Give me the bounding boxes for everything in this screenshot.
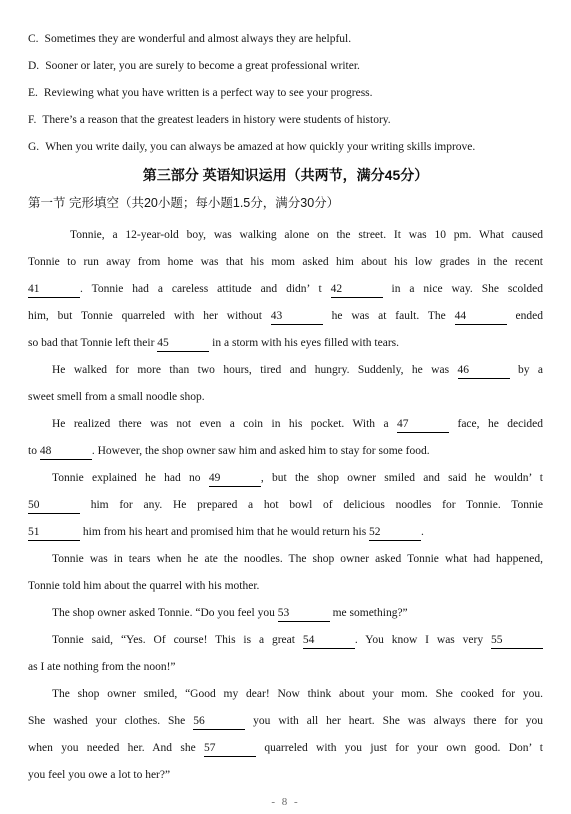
passage-line: him, but Tonnie quarreled with her witho… xyxy=(28,303,543,330)
part-heading: 第三部分 英语知识运用（共两节，满分45分） xyxy=(28,161,543,189)
option-text: Reviewing what you have written is a per… xyxy=(44,87,373,99)
blank-51: 51 xyxy=(28,525,80,541)
passage-line: Tonnie was in tears when he ate the nood… xyxy=(28,546,543,573)
passage-line: Tonnie said, “Yes. Of course! This is a … xyxy=(28,627,543,654)
blank-55: 55 xyxy=(491,633,543,649)
option-text: There’s a reason that the greatest leade… xyxy=(42,114,390,126)
passage-line: so bad that Tonnie left their 45 in a st… xyxy=(28,330,543,357)
blank-46: 46 xyxy=(458,363,510,379)
page-number: - 8 - xyxy=(28,789,543,814)
option-item-f: F.There’s a reason that the greatest lea… xyxy=(28,107,543,134)
blank-53: 53 xyxy=(278,606,330,622)
exam-document-page: C.Sometimes they are wonderful and almos… xyxy=(0,0,571,814)
passage-line: He realized there was not even a coin in… xyxy=(28,411,543,438)
option-label: E. xyxy=(28,80,38,107)
passage-line: Tonnie told him about the quarrel with h… xyxy=(28,573,543,600)
passage-line: Tonnie to run away from home was that hi… xyxy=(28,249,543,276)
option-label: C. xyxy=(28,26,39,53)
option-item-e: E.Reviewing what you have written is a p… xyxy=(28,80,543,107)
option-item-d: D.Sooner or later, you are surely to bec… xyxy=(28,53,543,80)
options-list: C.Sometimes they are wonderful and almos… xyxy=(28,26,543,161)
passage-line: you feel you owe a lot to her?” xyxy=(28,762,543,789)
blank-47: 47 xyxy=(397,417,449,433)
blank-54: 54 xyxy=(303,633,355,649)
blank-48: 48 xyxy=(40,444,92,460)
blank-45: 45 xyxy=(157,336,209,352)
passage-line: to 48. However, the shop owner saw him a… xyxy=(28,438,543,465)
passage-line: He walked for more than two hours, tired… xyxy=(28,357,543,384)
option-text: When you write daily, you can always be … xyxy=(45,141,475,153)
section-heading: 第一节 完形填空（共20小题；每小题1.5分，满分30分） xyxy=(28,189,543,217)
passage-line: Tonnie explained he had no 49, but the s… xyxy=(28,465,543,492)
passage-line: 50 him for any. He prepared a hot bowl o… xyxy=(28,492,543,519)
blank-50: 50 xyxy=(28,498,80,514)
passage-line: 51 him from his heart and promised him t… xyxy=(28,519,543,546)
option-label: D. xyxy=(28,53,39,80)
passage-line: The shop owner asked Tonnie. “Do you fee… xyxy=(28,600,543,627)
option-text: Sometimes they are wonderful and almost … xyxy=(45,33,352,45)
blank-43: 43 xyxy=(271,309,323,325)
passage-line: sweet smell from a small noodle shop. xyxy=(28,384,543,411)
blank-44: 44 xyxy=(455,309,507,325)
option-item-c: C.Sometimes they are wonderful and almos… xyxy=(28,26,543,53)
blank-57: 57 xyxy=(204,741,256,757)
passage-line: as I ate nothing from the noon!” xyxy=(28,654,543,681)
option-label: F. xyxy=(28,107,36,134)
option-item-g: G.When you write daily, you can always b… xyxy=(28,134,543,161)
passage-line: 41. Tonnie had a careless attitude and d… xyxy=(28,276,543,303)
blank-41: 41 xyxy=(28,282,80,298)
blank-56: 56 xyxy=(193,714,245,730)
blank-42: 42 xyxy=(331,282,383,298)
option-label: G. xyxy=(28,134,39,161)
passage-line: She washed your clothes. She 56 you with… xyxy=(28,708,543,735)
option-text: Sooner or later, you are surely to becom… xyxy=(45,60,360,72)
passage-line: Tonnie, a 12-year-old boy, was walking a… xyxy=(28,222,543,249)
cloze-passage: Tonnie, a 12-year-old boy, was walking a… xyxy=(28,222,543,789)
blank-49: 49 xyxy=(209,471,261,487)
passage-line: The shop owner smiled, “Good my dear! No… xyxy=(28,681,543,708)
blank-52: 52 xyxy=(369,525,421,541)
passage-line: when you needed her. And she 57 quarrele… xyxy=(28,735,543,762)
